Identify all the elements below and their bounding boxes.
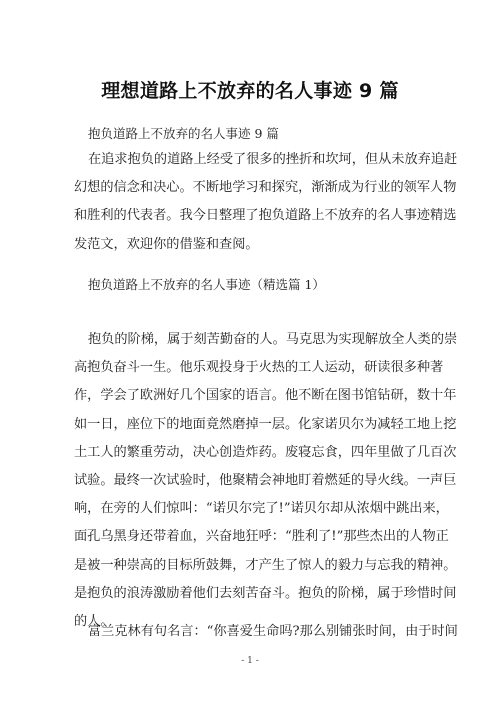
body-line: 是被一种崇高的目标所鼓舞，才产生了惊人的毅力与忘我的精神。 bbox=[74, 552, 436, 580]
body-line: 试验。最终一次试验时，他聚精会神地盯着燃延的导火线。一声巨 bbox=[74, 467, 436, 495]
document-title: 理想道路上不放弃的名人事迹 9 篇 bbox=[0, 76, 500, 103]
page-number: - 1 - bbox=[0, 656, 500, 666]
body-paragraph: 抱负的阶梯，属于刻苦勤奋的人。马克思为实现解放全人类的崇 高抱负奋斗一生。他乐观… bbox=[74, 326, 436, 636]
quote-paragraph: 富兰克林有句名言：“你喜爱生命吗?那么别铺张时间，由于时间 bbox=[74, 618, 436, 646]
body-line: 作，学会了欧洲好几个国家的语言。他不断在图书馆钻研，数十年 bbox=[74, 382, 436, 410]
body-line: 面孔乌黑身还带着血，兴奋地狂呼：“胜利了!”那些杰出的人物正 bbox=[74, 523, 436, 551]
document-subtitle: 抱负道路上不放弃的名人事迹 9 篇 bbox=[88, 124, 279, 142]
section-heading: 抱负道路上不放弃的名人事迹（精选篇 1） bbox=[88, 275, 325, 293]
body-line: 是抱负的浪涛激励着他们去刻苦奋斗。抱负的阶梯，属于珍惜时间 bbox=[74, 580, 436, 608]
intro-line: 发范文，欢迎你的借鉴和查阅。 bbox=[74, 231, 436, 259]
quote-line: 富兰克林有句名言：“你喜爱生命吗?那么别铺张时间，由于时间 bbox=[74, 618, 436, 646]
body-line: 高抱负奋斗一生。他乐观投身于火热的工人运动，研读很多种著 bbox=[74, 354, 436, 382]
body-line: 土工人的繁重劳动，决心创造炸药。废寝忘食，四年里做了几百次 bbox=[74, 439, 436, 467]
body-line: 抱负的阶梯，属于刻苦勤奋的人。马克思为实现解放全人类的崇 bbox=[74, 326, 436, 354]
intro-paragraph: 在追求抱负的道路上经受了很多的挫折和坎坷，但从未放弃追赶 幻想的信念和决心。不断… bbox=[74, 146, 436, 259]
document-page: 理想道路上不放弃的名人事迹 9 篇 抱负道路上不放弃的名人事迹 9 篇 在追求抱… bbox=[0, 0, 500, 707]
intro-line: 在追求抱负的道路上经受了很多的挫折和坎坷，但从未放弃追赶 bbox=[74, 146, 436, 174]
intro-line: 幻想的信念和决心。不断地学习和探究，渐渐成为行业的领军人物 bbox=[74, 174, 436, 202]
body-line: 如一日，座位下的地面竟然磨掉一层。化家诺贝尔为减轻工地上挖 bbox=[74, 411, 436, 439]
intro-line: 和胜利的代表者。我今日整理了抱负道路上不放弃的名人事迹精选 bbox=[74, 202, 436, 230]
body-line: 响，在旁的人们惊叫：“诺贝尔完了!”诺贝尔却从浓烟中跳出来， bbox=[74, 495, 436, 523]
